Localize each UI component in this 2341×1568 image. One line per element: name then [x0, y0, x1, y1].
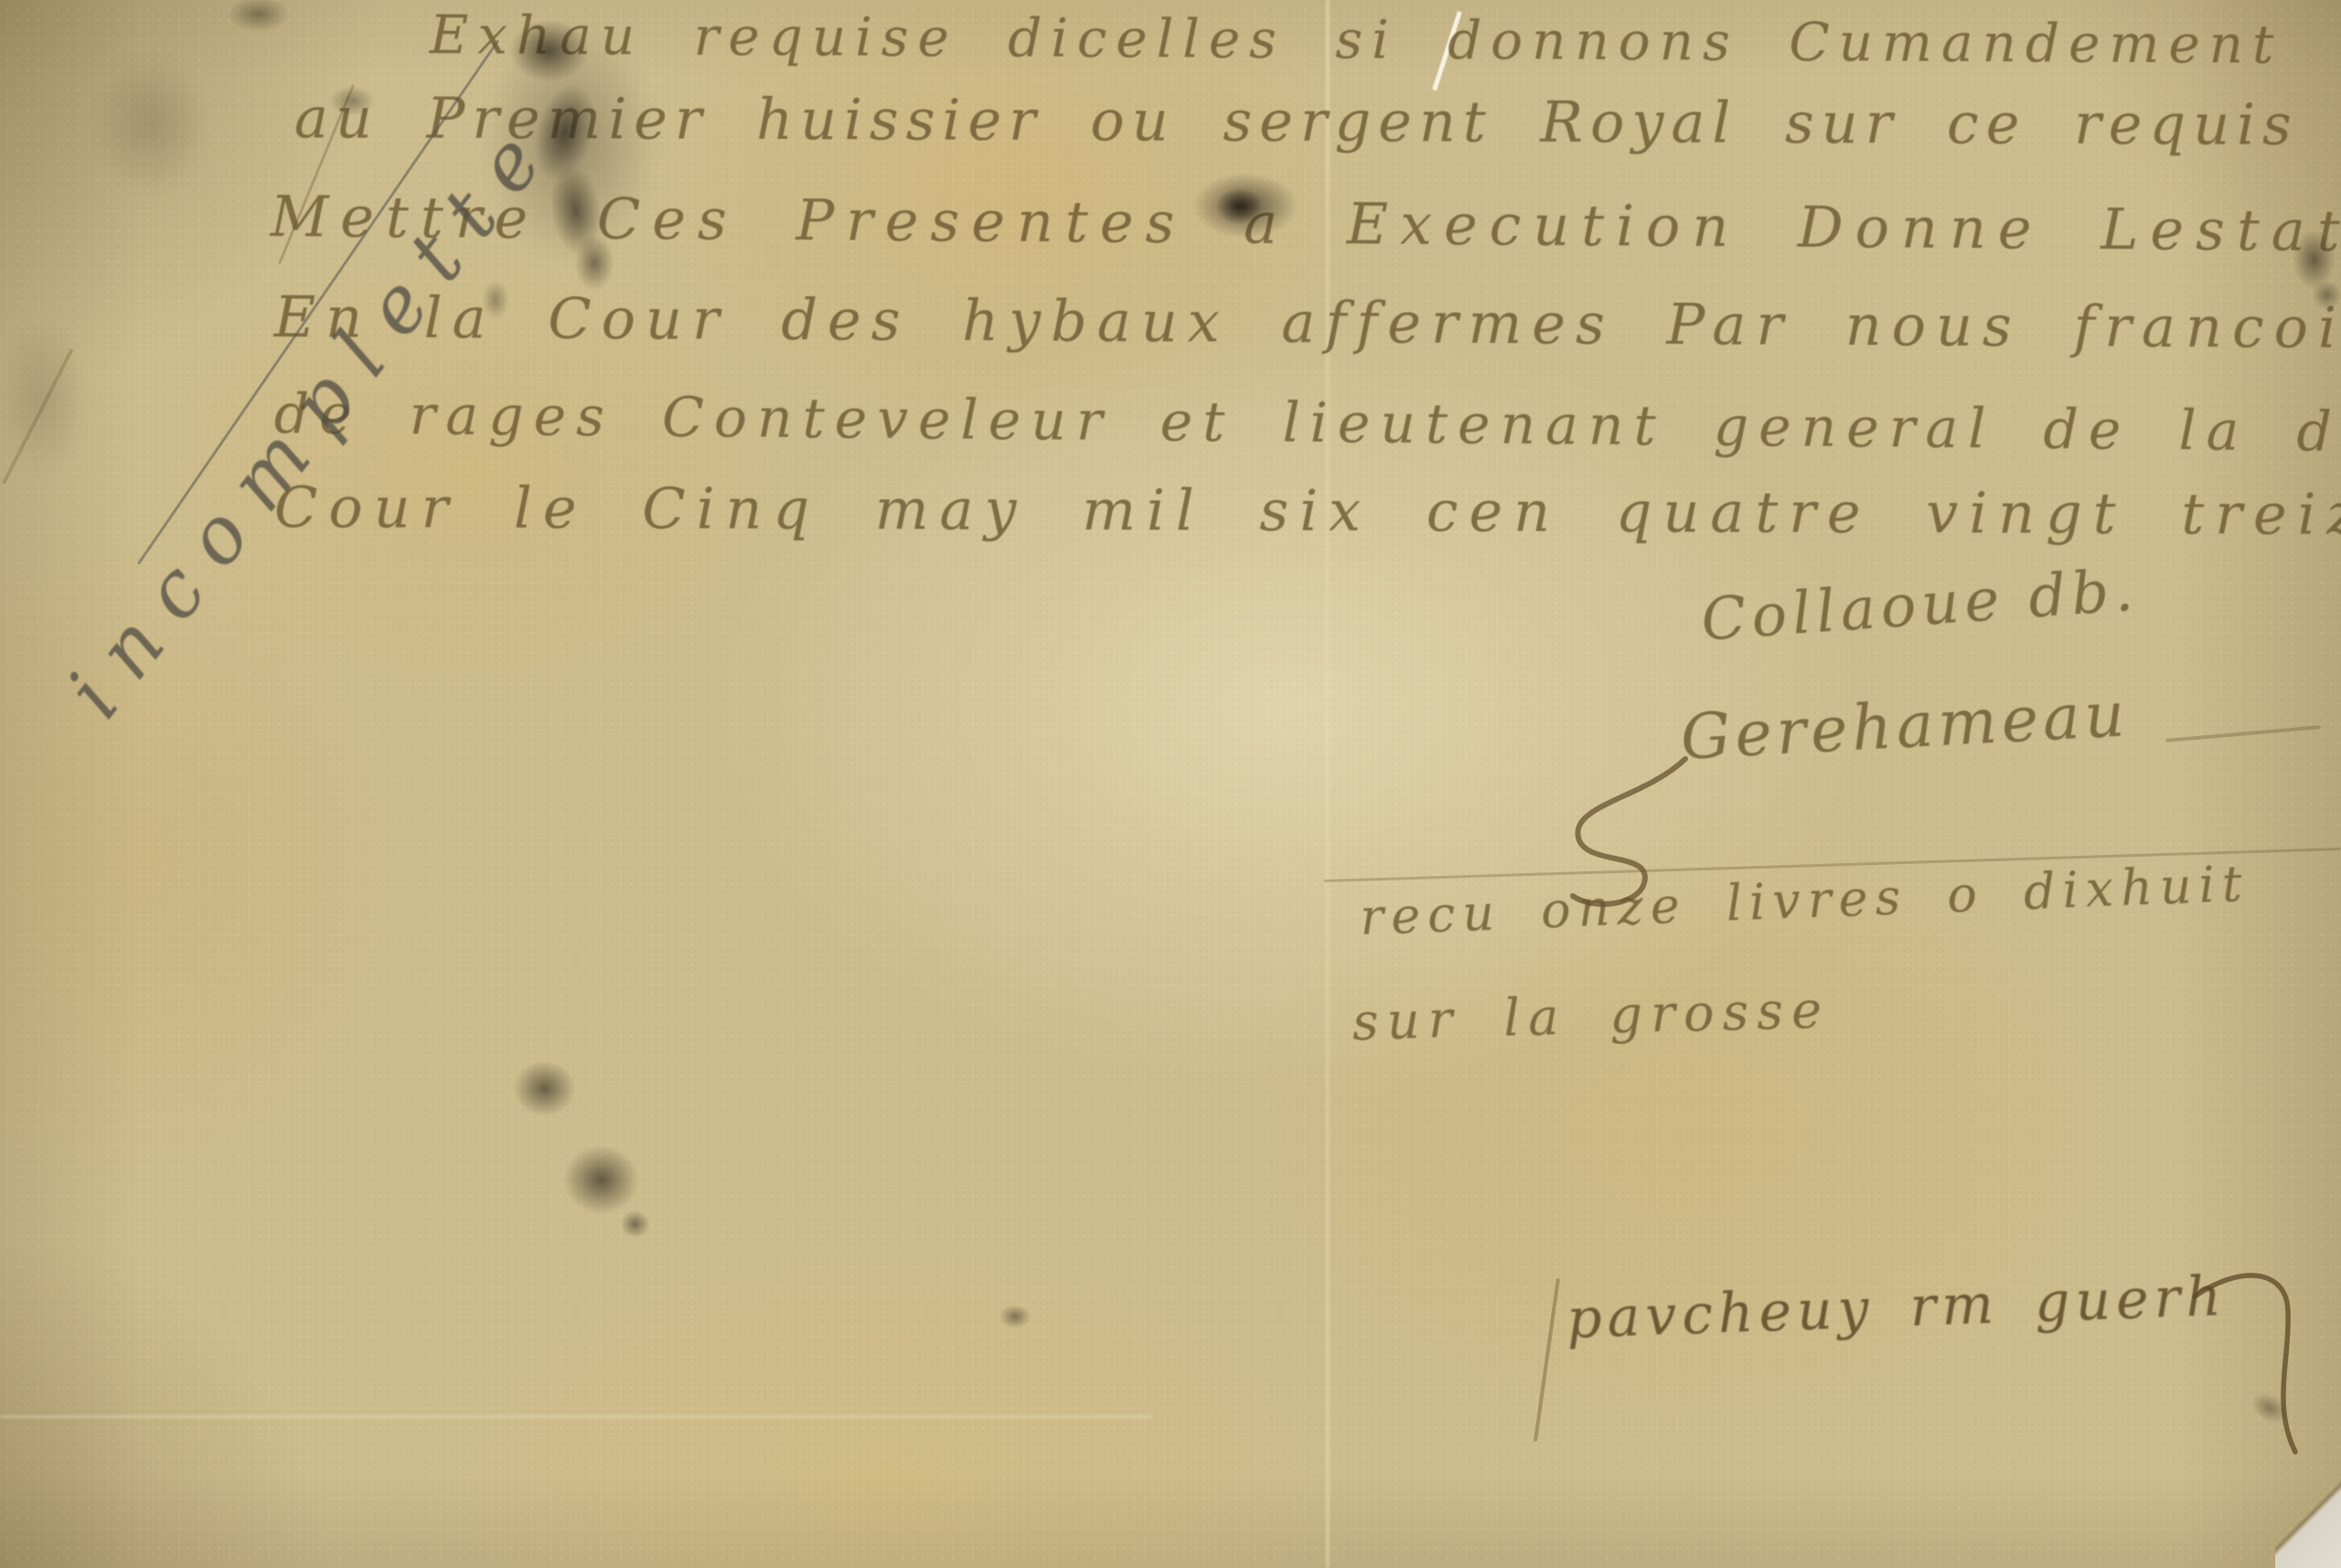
ink-blot-line3-core [1207, 181, 1271, 231]
signature-name: Gerehameau [1679, 678, 2131, 774]
ink-smudge-topleft [73, 27, 229, 219]
receipt-line-2: sur la grosse [1352, 980, 1831, 1052]
ink-blot [320, 80, 384, 122]
ink-blot-lower [615, 1205, 656, 1243]
manuscript-line-6: Cour le Cinq may mil six cen quatre ving… [274, 474, 2341, 548]
ink-blot-lower [501, 1050, 588, 1127]
ink-smudge-leftedge [0, 293, 101, 503]
parchment-photo: Exhau requise dicelles si donnons Cumand… [0, 0, 2341, 1568]
ink-blot [477, 272, 514, 327]
signature-trailing-flourish [2165, 725, 2321, 742]
horizontal-crease [0, 1415, 1152, 1418]
parchment-corner-edge [2275, 1470, 2341, 1568]
signature-collation-line: Collaoue db. [1699, 557, 2141, 655]
receipt-line-1: recu onze livres o dixhuit [1359, 855, 2250, 946]
ink-blot-right-edge [2306, 274, 2341, 315]
bottom-signature-descender [1534, 1278, 1560, 1442]
bottom-signature: pavcheuy rm guerh [1566, 1264, 2228, 1351]
manuscript-line-1: Exhau requise dicelles si donnons Cumand… [430, 4, 2283, 76]
manuscript-line-5: de rages Conteveleur et lieutenant gener… [273, 382, 2341, 464]
bottom-signature-flourish [2186, 1260, 2332, 1470]
ink-blot-small [993, 1300, 1037, 1333]
ink-blot [215, 0, 302, 39]
ink-blot [567, 224, 622, 302]
